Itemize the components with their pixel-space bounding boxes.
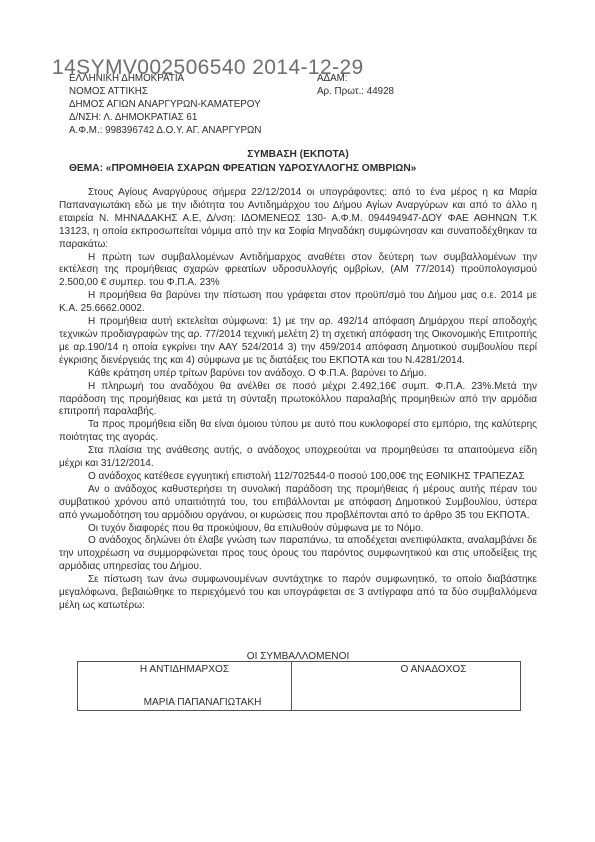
signatory-title-left: Η ΑΝΤΙΔΗΜΑΡΧΟΣ	[78, 664, 291, 675]
paragraph: Η πρώτη των συμβαλλομένων Αντιδήμαρχος α…	[59, 252, 537, 291]
protocol-number: Αρ. Πρωτ.: 44928	[317, 85, 394, 98]
header-line-municipality: ΔΗΜΟΣ ΑΓΙΩΝ ΑΝΑΡΓΥΡΩΝ-ΚΑΜΑΤΕΡΟΥ	[69, 98, 261, 111]
paragraph: Ο ανάδοχος κατέθεσε εγγυητική επιστολή 1…	[59, 471, 537, 484]
paragraph: Κάθε κράτηση υπέρ τρίτων βαρύνει τον ανά…	[59, 368, 537, 381]
paragraph: Ο ανάδοχος δηλώνει ότι έλαβε γνώση των π…	[59, 535, 537, 574]
header-line-republic: ΕΛΛΗΝΙΚΗ ΔΗΜΟΚΡΑΤΙΑ	[69, 72, 261, 85]
contract-title: ΣΥΜΒΑΣΗ (ΕΚΠΟΤΑ)	[59, 149, 537, 160]
header-line-address: Δ/ΝΣΗ: Λ. ΔΗΜΟΚΡΑΤΙΑΣ 61	[69, 111, 261, 124]
protocol-header: ΑΔΑΜ: Αρ. Πρωτ.: 44928	[317, 72, 394, 98]
contract-subject: ΘΕΜΑ: «ΠΡΟΜΗΘΕΙΑ ΣΧΑΡΩΝ ΦΡΕΑΤΙΩΝ ΥΔΡΟΣΥΛ…	[69, 163, 416, 174]
signature-cell-anadochos: Ο ΑΝΑΔΟΧΟΣ	[292, 662, 521, 711]
government-header: ΕΛΛΗΝΙΚΗ ΔΗΜΟΚΡΑΤΙΑ ΝΟΜΟΣ ΑΤΤΙΚΗΣ ΔΗΜΟΣ …	[69, 72, 261, 137]
contract-body: Στους Αγίους Αναργύρους σήμερα 22/12/201…	[59, 187, 537, 613]
signatory-name-left: ΜΑΡΙΑ ΠΑΠΑΝΑΓΙΩΤΑΚΗ	[78, 697, 291, 708]
paragraph: Τα προς προμήθεια είδη θα είναι όμοιου τ…	[59, 419, 537, 445]
table-row: Η ΑΝΤΙΔΗΜΑΡΧΟΣ ΜΑΡΙΑ ΠΑΠΑΝΑΓΙΩΤΑΚΗ Ο ΑΝΑ…	[78, 662, 521, 711]
paragraph: Στους Αγίους Αναργύρους σήμερα 22/12/201…	[59, 187, 537, 252]
signature-cell-antidimarchos: Η ΑΝΤΙΔΗΜΑΡΧΟΣ ΜΑΡΙΑ ΠΑΠΑΝΑΓΙΩΤΑΚΗ	[78, 662, 292, 711]
paragraph: Η πληρωμή του αναδόχου θα ανέλθει σε ποσ…	[59, 381, 537, 420]
paragraph: Οι τυχόν διαφορές που θα προκύψουν, θα ε…	[59, 523, 537, 536]
adam-label: ΑΔΑΜ:	[317, 72, 394, 85]
signature-table: Η ΑΝΤΙΔΗΜΑΡΧΟΣ ΜΑΡΙΑ ΠΑΠΑΝΑΓΙΩΤΑΚΗ Ο ΑΝΑ…	[77, 661, 521, 711]
paragraph: Η προμήθεια αυτή εκτελείται σύμφωνα: 1) …	[59, 316, 537, 368]
paragraph: Σε πίστωση των άνω συμφωνουμένων συντάχτ…	[59, 574, 537, 613]
contract-document-page: 14SYMV002506540 2014-12-29 ΕΛΛΗΝΙΚΗ ΔΗΜΟ…	[0, 0, 595, 842]
paragraph: Στα πλαίσια της ανάθεσης αυτής, ο ανάδοχ…	[59, 445, 537, 471]
paragraph: Αν ο ανάδοχος καθυστερήσει τη συνολική π…	[59, 484, 537, 523]
paragraph: Η προμήθεια θα βαρύνει την πίστωση που γ…	[59, 290, 537, 316]
signatory-title-right: Ο ΑΝΑΔΟΧΟΣ	[292, 664, 520, 675]
header-line-afm: Α.Φ.Μ.: 998396742 Δ.Ο.Υ. ΑΓ. ΑΝΑΡΓΥΡΩΝ	[69, 124, 261, 137]
header-line-prefecture: ΝΟΜΟΣ ΑΤΤΙΚΗΣ	[69, 85, 261, 98]
